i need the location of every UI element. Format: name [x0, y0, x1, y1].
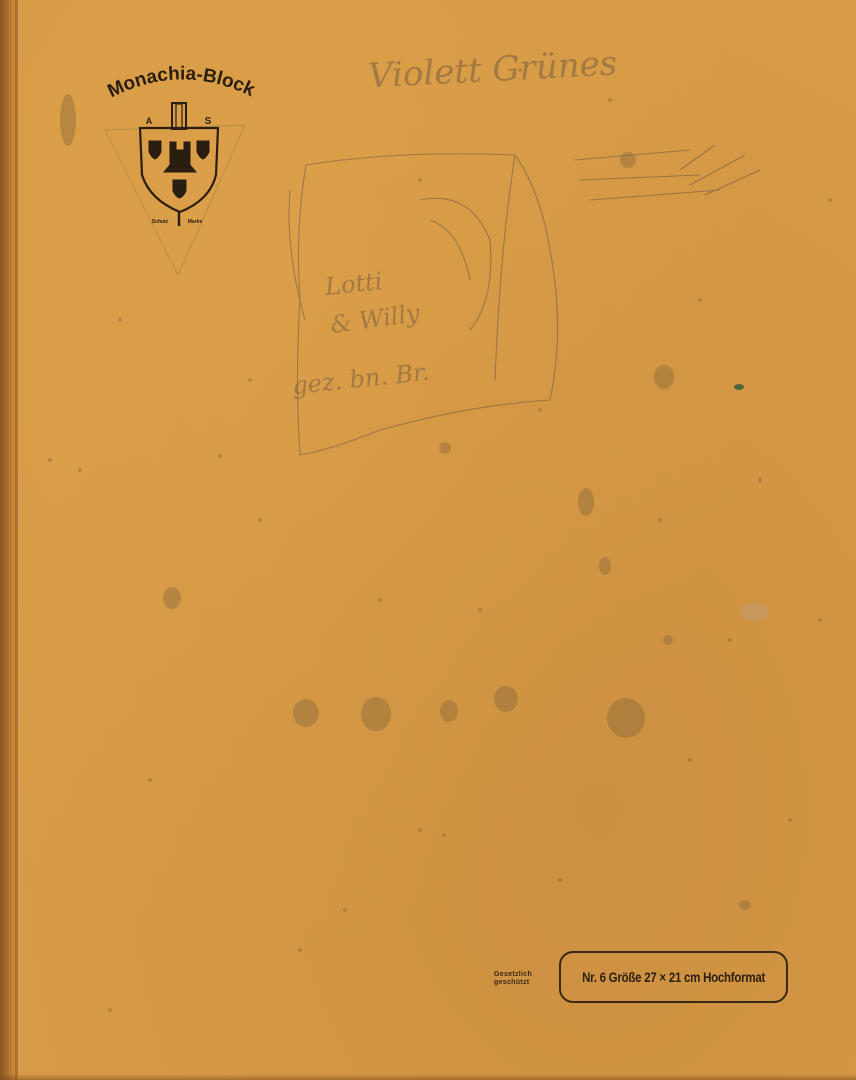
size-label-box: Nr. 6 Größe 27 × 21 cm Hochformat	[559, 951, 788, 1003]
legal-notice: Gesetzlich geschützt	[494, 971, 554, 987]
legal-line-2: geschützt	[494, 979, 554, 987]
pencil-sketch	[0, 0, 856, 1080]
size-label-text: Nr. 6 Größe 27 × 21 cm Hochformat	[582, 969, 765, 985]
legal-line-1: Gesetzlich	[494, 971, 554, 979]
notebook-cover: Monachia-Block A S Schutz Marke	[0, 0, 856, 1080]
cover-bottom-edge	[0, 1074, 856, 1080]
sketch-text-line-1: Lotti	[324, 267, 384, 301]
